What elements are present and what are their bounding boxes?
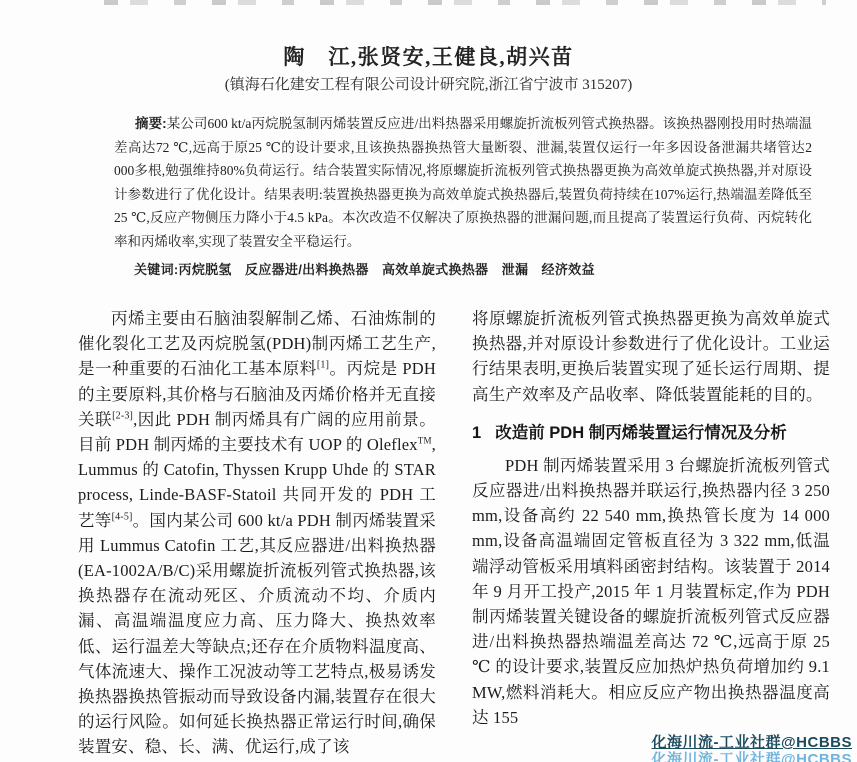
- section-1-paragraph: PDH 制丙烯装置采用 3 台螺旋折流板列管式反应器进/出料换热器并联运行,换热…: [472, 453, 830, 730]
- left-column: 丙烯主要由石脑油裂解制乙烯、石油炼制的催化裂化工艺及丙烷脱氢(PDH)制丙烯工艺…: [78, 306, 436, 762]
- paper-page: 陶 江,张贤安,王健良,胡兴苗 (镇海石化建安工程有限公司设计研究院,浙江省宁波…: [0, 0, 857, 762]
- watermark-line-2: 化海川流-工业社群@HCBBS: [652, 751, 852, 762]
- section-1-heading: 1改造前 PDH 制丙烯装置运行情况及分析: [472, 419, 830, 443]
- right-column: 将原螺旋折流板列管式换热器更换为高效单旋式换热器,并对原设计参数进行了优化设计。…: [472, 306, 830, 762]
- watermark-line-1: 化海川流-工业社群@HCBBS: [652, 734, 852, 751]
- intro-paragraph: 丙烯主要由石脑油裂解制乙烯、石油炼制的催化裂化工艺及丙烷脱氢(PDH)制丙烯工艺…: [78, 306, 436, 760]
- abstract-label: 摘要:: [135, 116, 167, 131]
- section-number: 1: [472, 424, 481, 443]
- section-title: 改造前 PDH 制丙烯装置运行情况及分析: [495, 419, 787, 443]
- abstract: 摘要:某公司600 kt/a丙烷脱氢制丙烯装置反应进/出料热器采用螺旋折流板列管…: [114, 112, 812, 253]
- watermark: 化海川流-工业社群@HCBBS 化海川流-工业社群@HCBBS: [652, 734, 852, 762]
- keywords-text: 丙烷脱氢 反应器进/出料换热器 高效单旋式换热器 泄漏 经济效益: [179, 262, 595, 277]
- carryover-paragraph: 将原螺旋折流板列管式换热器更换为高效单旋式换热器,并对原设计参数进行了优化设计。…: [472, 306, 830, 407]
- cropped-title-fragments: [104, 0, 826, 5]
- authors: 陶 江,张贤安,王健良,胡兴苗: [0, 41, 857, 71]
- keywords-label: 关键词:: [134, 262, 179, 277]
- abstract-text: 某公司600 kt/a丙烷脱氢制丙烯装置反应进/出料热器采用螺旋折流板列管式换热…: [114, 116, 812, 249]
- two-column-body: 丙烯主要由石脑油裂解制乙烯、石油炼制的催化裂化工艺及丙烷脱氢(PDH)制丙烯工艺…: [78, 306, 830, 762]
- keywords: 关键词:丙烷脱氢 反应器进/出料换热器 高效单旋式换热器 泄漏 经济效益: [134, 259, 774, 278]
- affiliation: (镇海石化建安工程有限公司设计研究院,浙江省宁波市 315207): [0, 73, 857, 94]
